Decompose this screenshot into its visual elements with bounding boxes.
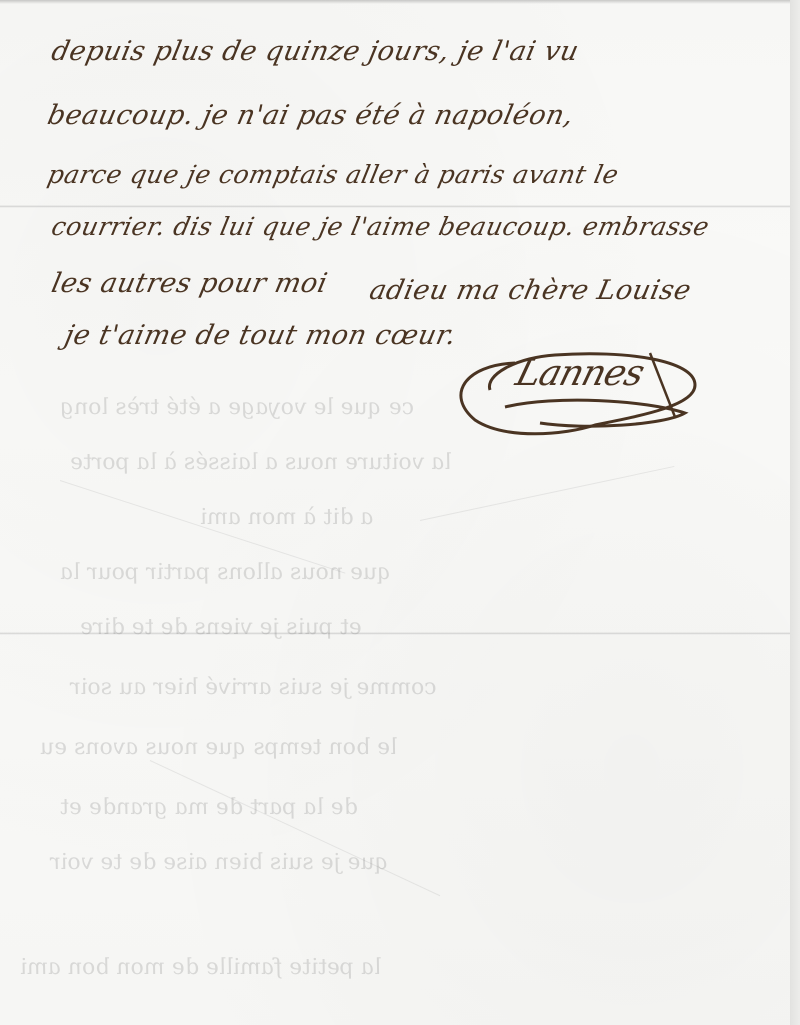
- letter-line-5: les autres pour moi: [49, 268, 331, 299]
- letter-line-1: depuis plus de quinze jours, je l'ai vu: [49, 36, 582, 67]
- letter-line-4: courrier. dis lui que je l'aime beaucoup…: [49, 212, 712, 241]
- bleed-through-text: comme je suis arrivé hier au soir: [68, 675, 439, 700]
- bleed-through-text: la petite famille de mon bon ami: [18, 955, 384, 980]
- letter-line-3: parce que je comptais aller à paris avan…: [45, 160, 621, 189]
- bleed-through-text: de la part de ma grande et: [58, 795, 360, 820]
- bleed-through-text: la voiture nous a laissés à la porte: [68, 450, 454, 475]
- paper-crease: [150, 760, 440, 896]
- signature: Lannes: [445, 345, 705, 440]
- fold-line-upper: [0, 205, 790, 208]
- bleed-through-text: que nous allons partir pour la: [58, 560, 394, 585]
- page-top-edge: [0, 0, 800, 4]
- paper-crease: [420, 466, 675, 521]
- closing-line: adieu ma chère Louise: [367, 275, 694, 306]
- bleed-through-text: le bon temps que nous avons eu: [38, 735, 400, 760]
- letter-page: ce que le voyage a été très long la voit…: [0, 0, 790, 1025]
- letter-line-2: beaucoup. je n'ai pas été à napoléon,: [45, 100, 577, 131]
- bleed-through-text: et puis je viens de te dire: [78, 615, 364, 640]
- bleed-through-text: que je suis bien aise de te voir: [48, 850, 391, 875]
- bleed-through-text: ce que le voyage a été très long: [58, 395, 417, 420]
- signature-name: Lannes: [512, 353, 649, 394]
- page-right-edge: [790, 0, 800, 1025]
- letter-line-6: je t'aime de tout mon cœur.: [62, 320, 460, 351]
- bleed-through-text: a dit à mon ami: [198, 505, 376, 530]
